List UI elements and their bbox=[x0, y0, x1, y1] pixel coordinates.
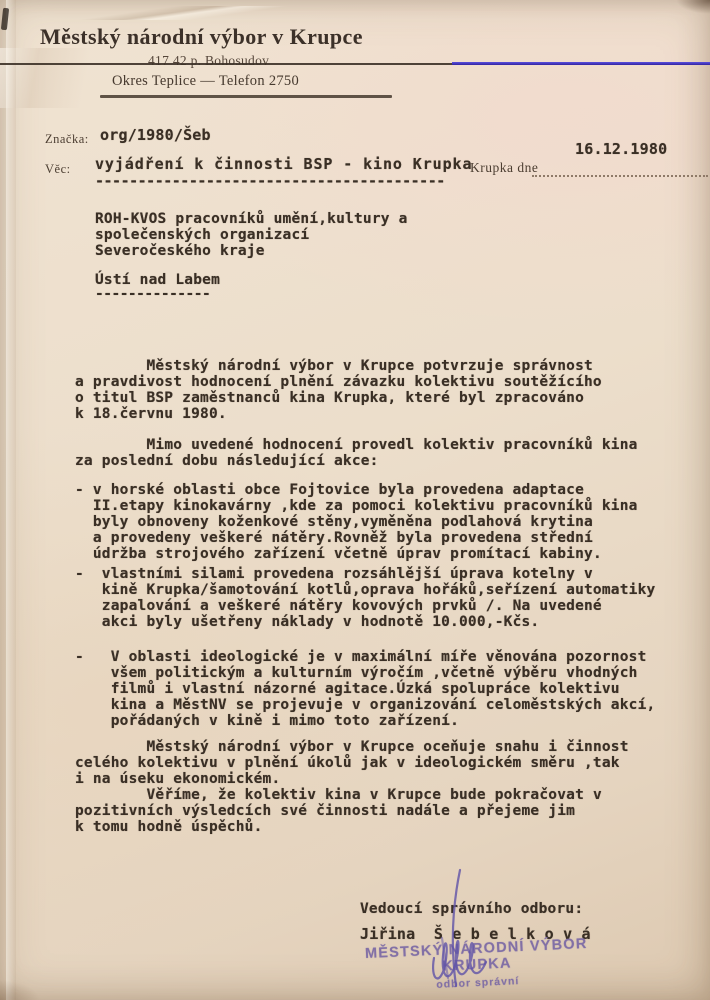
scanned-letter-page: Městský národní výbor v Krupce 417 42 p.… bbox=[0, 0, 710, 1000]
strikethrough-line bbox=[0, 63, 460, 65]
body-bullet-2: - vlastními silami provedena rozsáhlější… bbox=[75, 566, 655, 630]
subject-value: vyjádření k činnosti BSP - kino Krupka bbox=[95, 156, 472, 172]
body-bullet-1: - v horské oblasti obce Fojtovice byla p… bbox=[75, 482, 638, 562]
scan-crease-top bbox=[0, 6, 340, 20]
body-closing-paragraphs: Městský národní výbor v Krupce oceňuje s… bbox=[75, 739, 629, 835]
letterhead-org-name: Městský národní výbor v Krupce bbox=[40, 24, 363, 50]
reference-value: org/1980/Šeb bbox=[100, 127, 211, 143]
letterhead-address-struck: 417 42 p. Bohosudov bbox=[148, 53, 269, 69]
signatory-name: Jiřina Š e b e l k o v á bbox=[360, 926, 591, 942]
letterhead-district-phone: Okres Teplice — Telefon 2750 bbox=[112, 73, 299, 90]
date-value: 16.12.1980 bbox=[575, 141, 667, 157]
scan-fold-left-edge bbox=[6, 0, 16, 1000]
reference-label: Značka: bbox=[45, 132, 89, 147]
signature-title: Vedoucí správního odboru: bbox=[360, 901, 583, 917]
letterhead-rule bbox=[100, 95, 392, 98]
dateline-dotted-rule bbox=[532, 162, 708, 177]
scan-mark-top-left bbox=[1, 8, 9, 31]
scan-shadow-bottom-left bbox=[0, 980, 40, 1000]
scan-crease-left bbox=[0, 48, 120, 108]
scan-shadow-top-right bbox=[676, 0, 710, 14]
subject-label: Věc: bbox=[45, 162, 71, 177]
recipient-city-underline: -------------- bbox=[95, 286, 210, 302]
stamp-dept-line: odbor správní bbox=[339, 971, 617, 996]
recipient-address-block: ROH-KVOS pracovníků umění,kultury a spol… bbox=[95, 211, 408, 259]
rubber-stamp: MĚSTSKÝ NÁRODNÍ VÝBOR KRUPKA odbor správ… bbox=[337, 935, 617, 996]
body-paragraph-2: Mimo uvedené hodnocení provedl kolektiv … bbox=[75, 437, 638, 469]
pen-strike-line bbox=[452, 62, 710, 65]
body-bullet-3: - V oblasti ideologické je v maximální m… bbox=[75, 649, 655, 729]
body-paragraph-1: Městský národní výbor v Krupce potvrzuje… bbox=[75, 358, 602, 422]
dateline-place-label: Krupka dne bbox=[470, 160, 538, 176]
subject-underline-dashes: ----------------------------------------… bbox=[95, 173, 445, 189]
